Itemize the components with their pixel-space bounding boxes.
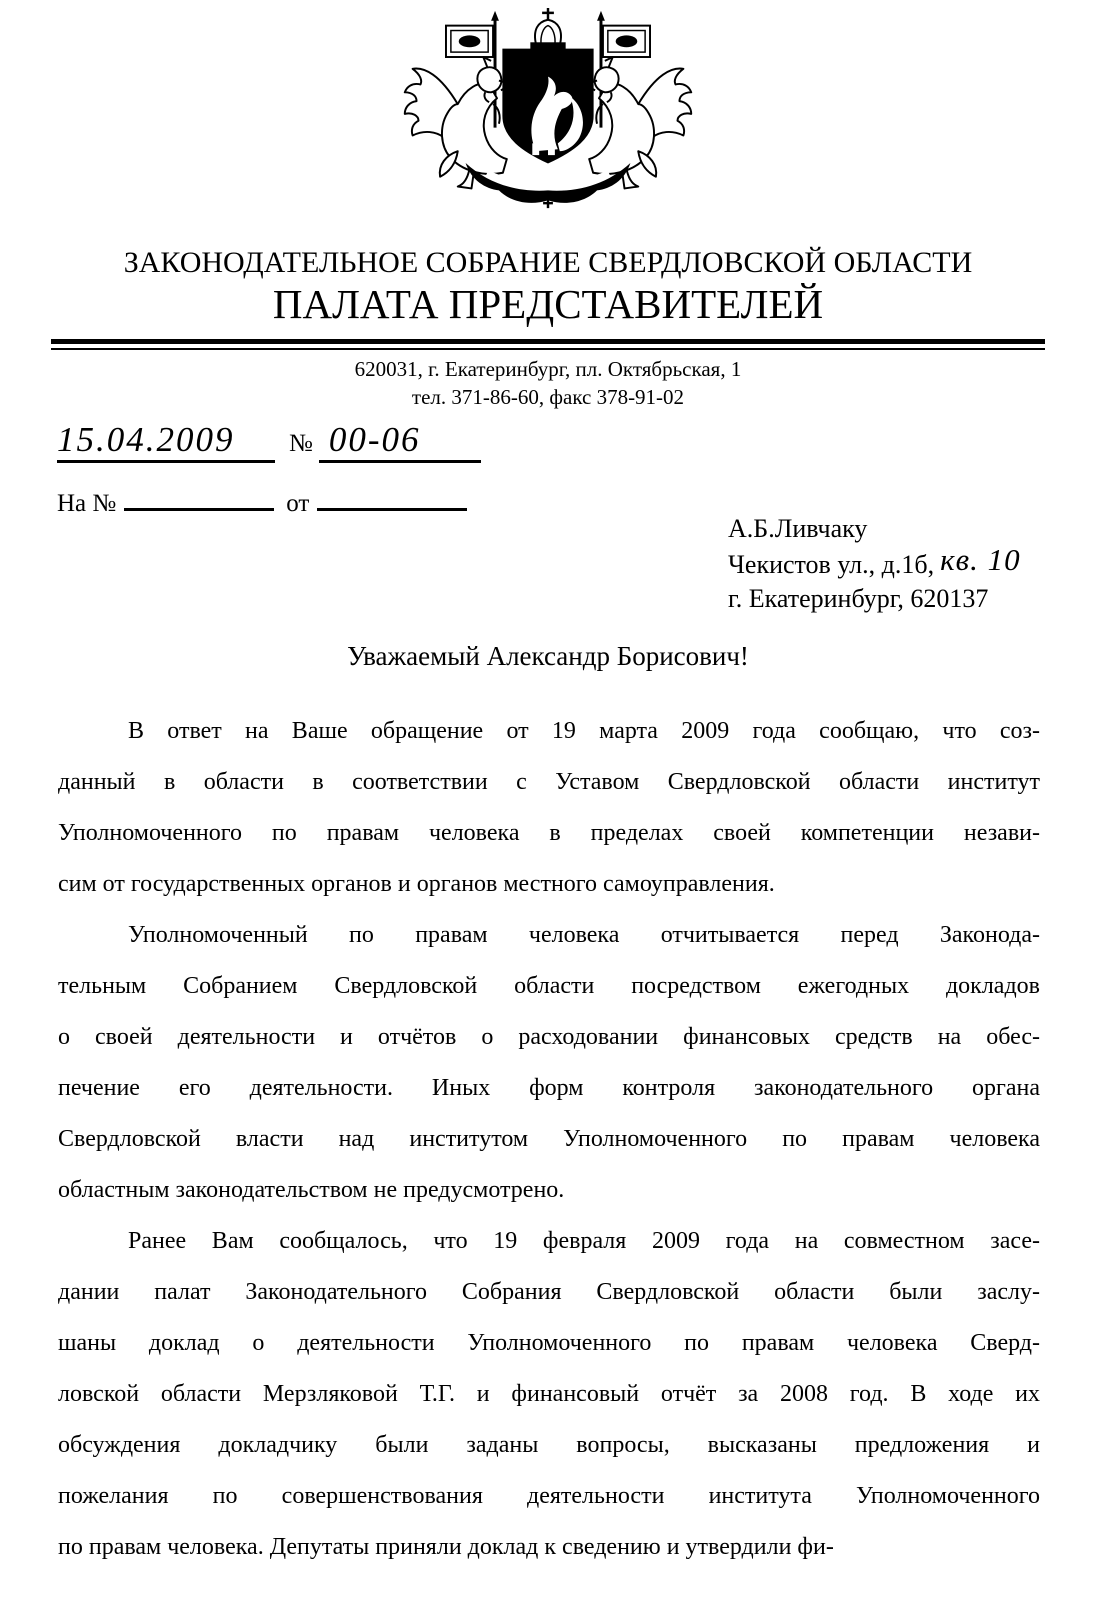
text-line: шаны доклад о деятельности Уполномоченно… [58, 1318, 1040, 1369]
blank-reply-number-field [124, 482, 274, 511]
divider-thin-line [51, 348, 1045, 350]
text-line: Ранее Вам сообщалось, что 19 февраля 200… [58, 1216, 1040, 1267]
reply-number-label: На № [57, 490, 116, 517]
text-line: В ответ на Ваше обращение от 19 марта 20… [58, 706, 1040, 757]
number-field-underline: 00-06 [319, 420, 481, 463]
org-address: 620031, г. Екатеринбург, пл. Октябрьская… [0, 357, 1096, 382]
text-line: тельным Собранием Свердловской области п… [58, 961, 1040, 1012]
blank-reply-date-field [317, 482, 467, 511]
recipient-street-line: Чекистов ул., д.1б,кв. 10 [728, 546, 1021, 582]
paragraph: Уполномоченный по правам человека отчиты… [58, 910, 1040, 1216]
text-line: Свердловской власти над институтом Уполн… [58, 1114, 1040, 1165]
paragraph: В ответ на Ваше обращение от 19 марта 20… [58, 706, 1040, 910]
handwritten-apartment: кв. 10 [940, 542, 1020, 577]
text-line: печение его деятельности. Иных форм конт… [58, 1063, 1040, 1114]
text-line: ловской области Мерзляковой Т.Г. и финан… [58, 1369, 1040, 1420]
text-line: пожелания по совершенствования деятельно… [58, 1471, 1040, 1522]
org-phone-fax: тел. 371-86-60, факс 378-91-02 [0, 385, 1096, 410]
text-line: данный в области в соответствии с Уставо… [58, 757, 1040, 808]
recipient-city: г. Екатеринбург, 620137 [728, 582, 1021, 616]
text-line: Уполномоченный по правам человека отчиты… [58, 910, 1040, 961]
chamber-name: ПАЛАТА ПРЕДСТАВИТЕЛЕЙ [0, 280, 1096, 328]
recipient-street: Чекистов ул., д.1б, [728, 550, 934, 579]
coat-of-arms-sverdlovsk [396, 6, 700, 212]
recipient-name: А.Б.Ливчаку [728, 512, 1021, 546]
paragraph: Ранее Вам сообщалось, что 19 февраля 200… [58, 1216, 1040, 1573]
text-line: сим от государственных органов и органов… [58, 859, 1040, 910]
letter-page: ЗАКОНОДАТЕЛЬНОЕ СОБРАНИЕ СВЕРДЛОВСКОЙ ОБ… [0, 0, 1096, 1608]
handwritten-number: 00-06 [329, 420, 421, 459]
coat-of-arms-icon [396, 6, 700, 212]
date-field-underline: 15.04.2009 [57, 420, 275, 463]
handwritten-date: 15.04.2009 [57, 420, 235, 459]
text-line: дании палат Законодательного Собрания Св… [58, 1267, 1040, 1318]
reply-date-label: от [286, 490, 309, 517]
number-label: № [289, 430, 313, 457]
outgoing-reference-line: 15.04.2009№00-06 [57, 420, 481, 463]
text-line: по правам человека. Депутаты приняли док… [58, 1522, 1040, 1573]
text-line: о своей деятельности и отчётов о расходо… [58, 1012, 1040, 1063]
recipient-block: А.Б.Ливчаку Чекистов ул., д.1б,кв. 10 г.… [728, 512, 1021, 616]
organization-name: ЗАКОНОДАТЕЛЬНОЕ СОБРАНИЕ СВЕРДЛОВСКОЙ ОБ… [0, 246, 1096, 280]
salutation: Уважаемый Александр Борисович! [0, 641, 1096, 672]
incoming-reference-line: На №от [57, 482, 467, 518]
letter-body: В ответ на Ваше обращение от 19 марта 20… [58, 706, 1040, 1573]
text-line: областным законодательством не предусмот… [58, 1165, 1040, 1216]
header-divider [51, 339, 1045, 350]
text-line: обсуждения докладчику были заданы вопрос… [58, 1420, 1040, 1471]
text-line: Уполномоченного по правам человека в пре… [58, 808, 1040, 859]
divider-thick-line [51, 339, 1045, 344]
